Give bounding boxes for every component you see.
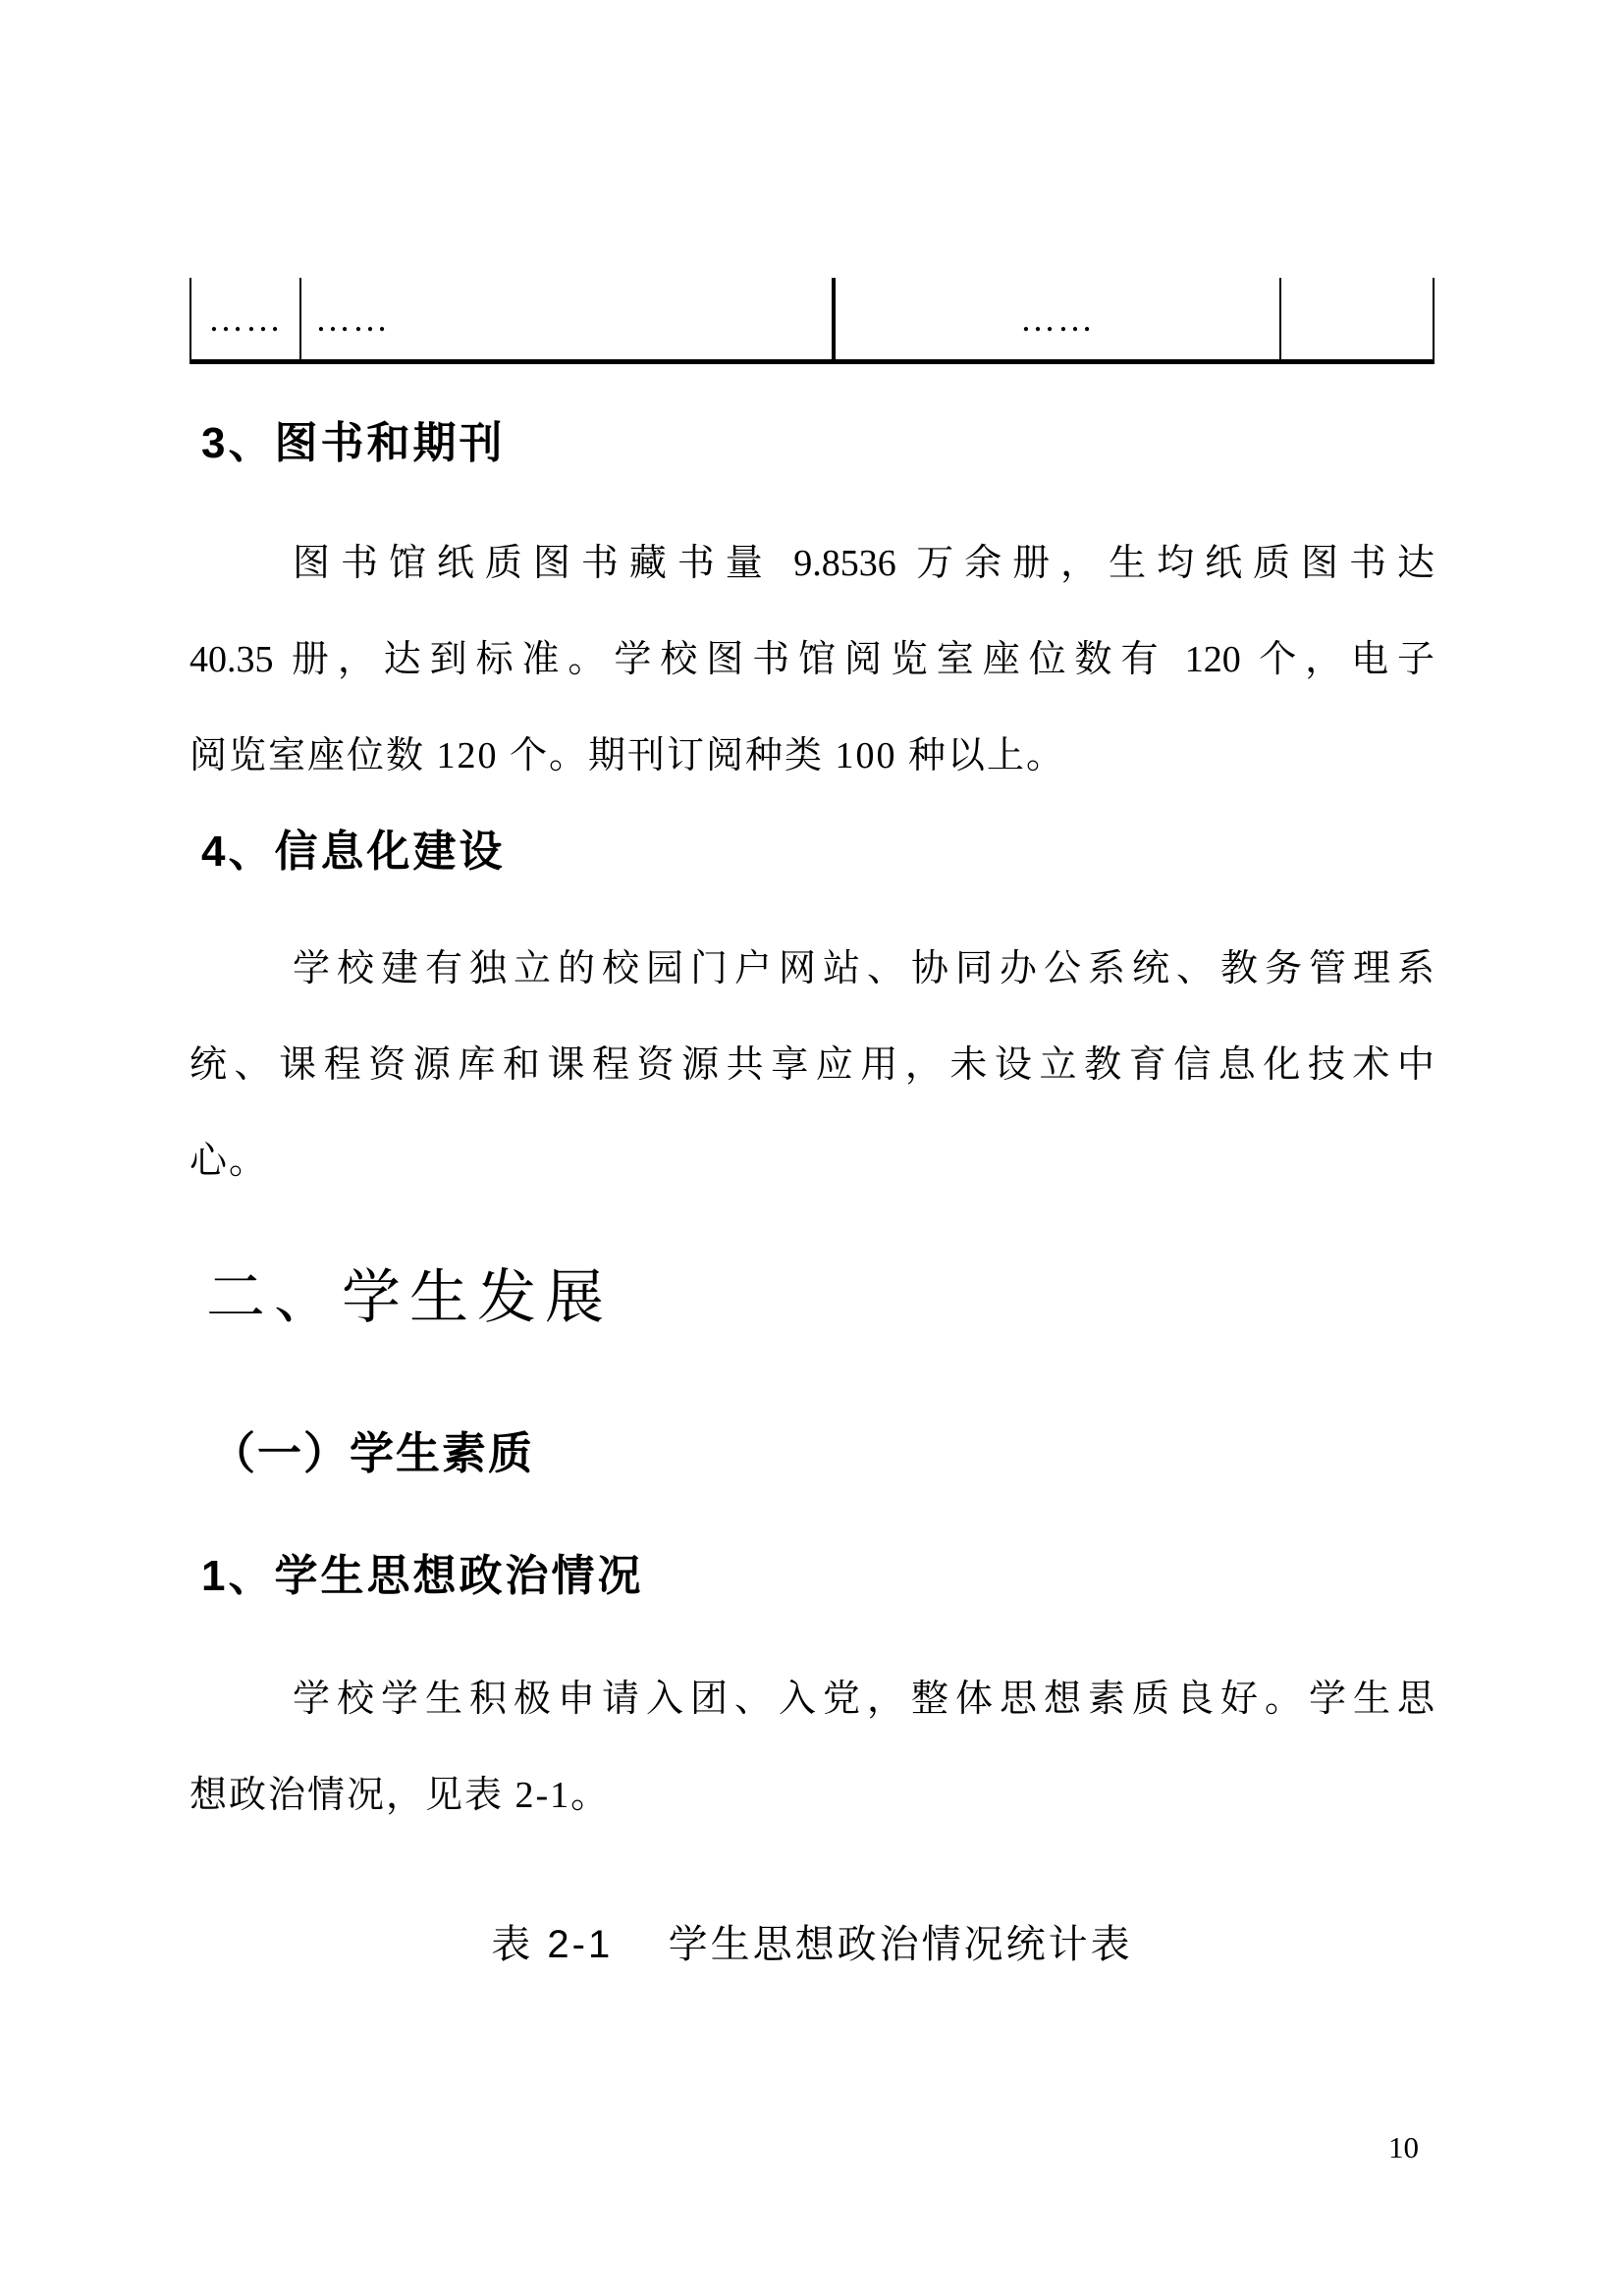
paragraph-political-status: 学校学生积极申请入团、入党，整体思想素质良好。学生思 想政治情况，见表 2-1。 <box>189 1651 1435 1843</box>
subsection-heading-political-status: 1、学生思想政治情况 <box>201 1549 643 1604</box>
chapter-heading-student-development: 二、学生发展 <box>206 1260 613 1335</box>
paragraph-line: 心。 <box>189 1113 1435 1209</box>
paragraph-informatization: 学校建有独立的校园门户网站、协同办公系统、教务管理系 统、课程资源库和课程资源共… <box>189 921 1435 1209</box>
table-cell <box>1279 278 1435 359</box>
continuation-table: …… …… …… <box>189 278 1435 364</box>
table-cell: …… <box>832 278 1279 359</box>
heading-informatization: 4、信息化建设 <box>201 825 505 880</box>
heading-books-and-periodicals: 3、图书和期刊 <box>201 416 505 471</box>
paragraph-line: 学校建有独立的校园门户网站、协同办公系统、教务管理系 <box>189 921 1435 1017</box>
paragraph-line: 想政治情况，见表 2-1。 <box>189 1747 1435 1843</box>
paragraph-line: 40.35 册，达到标准。学校图书馆阅览室座位数有 120 个，电子 <box>189 612 1435 708</box>
section-heading-student-quality: （一）学生素质 <box>211 1425 534 1482</box>
paragraph-books: 图书馆纸质图书藏书量 9.8536 万余册，生均纸质图书达 40.35 册，达到… <box>189 515 1435 804</box>
table-cell: …… <box>299 278 832 359</box>
paragraph-line: 图书馆纸质图书藏书量 9.8536 万余册，生均纸质图书达 <box>189 515 1435 612</box>
paragraph-line: 阅览室座位数 120 个。期刊订阅种类 100 种以上。 <box>189 708 1435 804</box>
table-caption: 表 2-1 学生思想政治情况统计表 <box>189 1919 1435 1970</box>
page-number: 10 <box>189 2128 1435 2167</box>
paragraph-line: 统、课程资源库和课程资源共享应用，未设立教育信息化技术中 <box>189 1017 1435 1113</box>
paragraph-line: 学校学生积极申请入团、入党，整体思想素质良好。学生思 <box>189 1651 1435 1747</box>
table-cell: …… <box>189 278 299 359</box>
document-page: …… …… …… 3、图书和期刊 图书馆纸质图书藏书量 9.8536 万余册，生… <box>0 0 1624 2296</box>
